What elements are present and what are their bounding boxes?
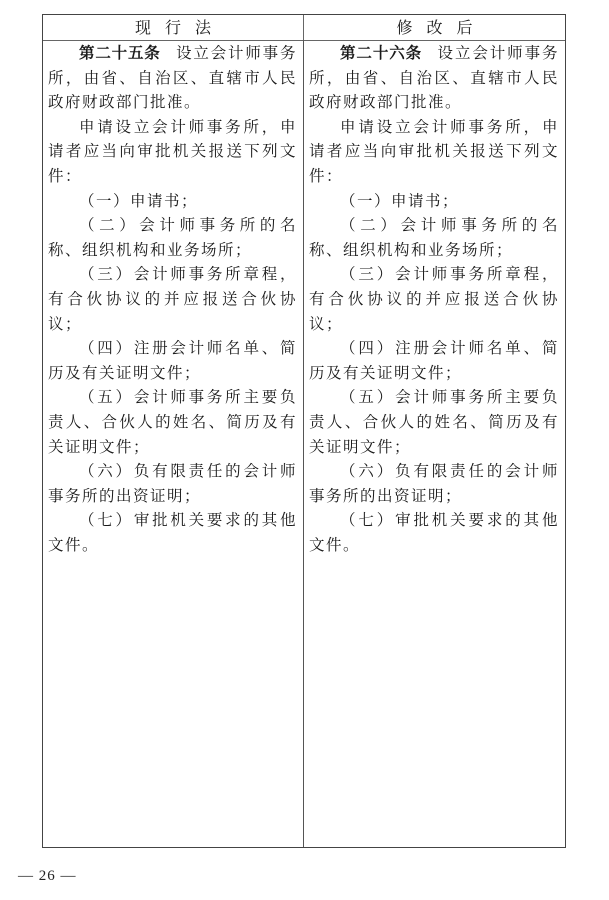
list-item: （五）会计师事务所主要负责人、合伙人的姓名、简历及有关证明文件； bbox=[48, 385, 297, 459]
list-item: （六）负有限责任的会计师事务所的出资证明； bbox=[309, 459, 559, 508]
list-item: （七）审批机关要求的其他文件。 bbox=[309, 508, 559, 557]
article-paragraph: 第二十五条设立会计师事务所，由省、自治区、直辖市人民政府财政部门批准。 bbox=[48, 41, 297, 115]
list-item: （三）会计师事务所章程，有合伙协议的并应报送合伙协议； bbox=[309, 262, 559, 336]
page-number: — 26 — bbox=[18, 868, 77, 885]
list-item: （五）会计师事务所主要负责人、合伙人的姓名、简历及有关证明文件； bbox=[309, 385, 559, 459]
article-paragraph: 第二十六条设立会计师事务所，由省、自治区、直辖市人民政府财政部门批准。 bbox=[309, 41, 559, 115]
amended-column: 第二十六条设立会计师事务所，由省、自治区、直辖市人民政府财政部门批准。 申请设立… bbox=[304, 41, 565, 847]
law-comparison-table: 现行法 修改后 第二十五条设立会计师事务所，由省、自治区、直辖市人民政府财政部门… bbox=[42, 14, 566, 848]
list-item: （四）注册会计师名单、简历及有关证明文件； bbox=[48, 336, 297, 385]
list-item: （三）会计师事务所章程，有合伙协议的并应报送合伙协议； bbox=[48, 262, 297, 336]
list-item: （七）审批机关要求的其他文件。 bbox=[48, 508, 297, 557]
list-item: （六）负有限责任的会计师事务所的出资证明； bbox=[48, 459, 297, 508]
list-item: （一）申请书； bbox=[48, 189, 297, 214]
current-law-column: 第二十五条设立会计师事务所，由省、自治区、直辖市人民政府财政部门批准。 申请设立… bbox=[43, 41, 303, 847]
article-number: 第二十六条 bbox=[340, 44, 422, 62]
header-current-law: 现行法 bbox=[43, 15, 304, 40]
list-item: （一）申请书； bbox=[309, 189, 559, 214]
paragraph: 申请设立会计师事务所，申请者应当向审批机关报送下列文件： bbox=[48, 115, 297, 189]
list-item: （二）会计师事务所的名称、组织机构和业务场所； bbox=[48, 213, 297, 262]
list-item: （四）注册会计师名单、简历及有关证明文件； bbox=[309, 336, 559, 385]
table-header-row: 现行法 修改后 bbox=[43, 15, 565, 41]
article-number: 第二十五条 bbox=[79, 44, 161, 62]
header-amended: 修改后 bbox=[304, 15, 565, 40]
list-item: （二）会计师事务所的名称、组织机构和业务场所； bbox=[309, 213, 559, 262]
paragraph: 申请设立会计师事务所，申请者应当向审批机关报送下列文件： bbox=[309, 115, 559, 189]
